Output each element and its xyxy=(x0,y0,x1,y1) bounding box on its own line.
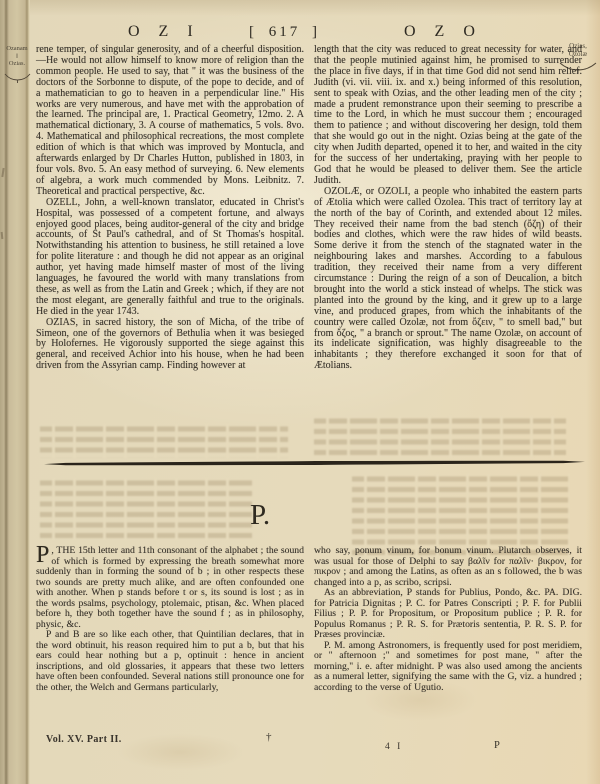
footer-volume-label: Vol. XV. Part II. xyxy=(46,734,122,745)
p-entry-dropcap: P xyxy=(36,546,51,565)
ozanam-continuation-paragraph: rene temper, of singular generosity, and… xyxy=(36,45,304,198)
running-head-right: O Z O xyxy=(404,23,480,41)
section-p-columns: P, THE 15th letter and 11th consonant of… xyxy=(36,546,582,693)
ozell-entry: OZELL, John, a well-known translator, ed… xyxy=(36,198,304,318)
ozias-entry: OZIAS, in sacred history, the son of Mic… xyxy=(36,318,304,373)
article-columns: rene temper, of singular generosity, and… xyxy=(36,45,582,372)
p-entry-paragraph-5: P. M. among Astronomers, is frequently u… xyxy=(314,641,582,694)
margin-brace-icon xyxy=(4,73,31,84)
column-left: P, THE 15th letter and 11th consonant of… xyxy=(36,546,304,693)
p-entry-paragraph-4: As an abbreviation, P stands for Publius… xyxy=(314,588,582,641)
p-entry-paragraph-1: P, THE 15th letter and 11th consonant of… xyxy=(36,546,304,630)
margin-note-line: Ozanam xyxy=(1,45,33,53)
section-heading-p: P. xyxy=(250,499,270,532)
margin-note-line: ‖ xyxy=(1,53,33,61)
running-head-left: O Z I xyxy=(128,23,198,41)
prev-page-edge xyxy=(0,0,30,784)
column-right: who say, ponum vinum, for bonum vinum. P… xyxy=(314,546,582,693)
column-right: length that the city was reduced to grea… xyxy=(314,45,582,372)
p-entry-paragraph-3: who say, ponum vinum, for bonum vinum. P… xyxy=(314,546,582,588)
catchword: P xyxy=(494,740,500,751)
p-entry-paragraph-1-text: , THE 15th letter and 11th consonant of … xyxy=(36,545,304,630)
column-left: rene temper, of singular generosity, and… xyxy=(36,45,304,372)
signature-mark: 4 I xyxy=(385,742,403,752)
p-entry-paragraph-2: P and B are so like each other, that Qui… xyxy=(36,630,304,693)
margin-note-line: Ozias. xyxy=(1,60,33,68)
printers-mark-icon: † xyxy=(266,731,272,743)
ozolae-entry: OZOLÆ, or OZOLI, a people who inhabited … xyxy=(314,187,582,372)
margin-note-ozanam-ozias: Ozanam ‖ Ozias. xyxy=(1,45,33,68)
page-number: [ 617 ] xyxy=(249,24,320,41)
ozias-continuation-paragraph: length that the city was reduced to grea… xyxy=(314,45,582,187)
